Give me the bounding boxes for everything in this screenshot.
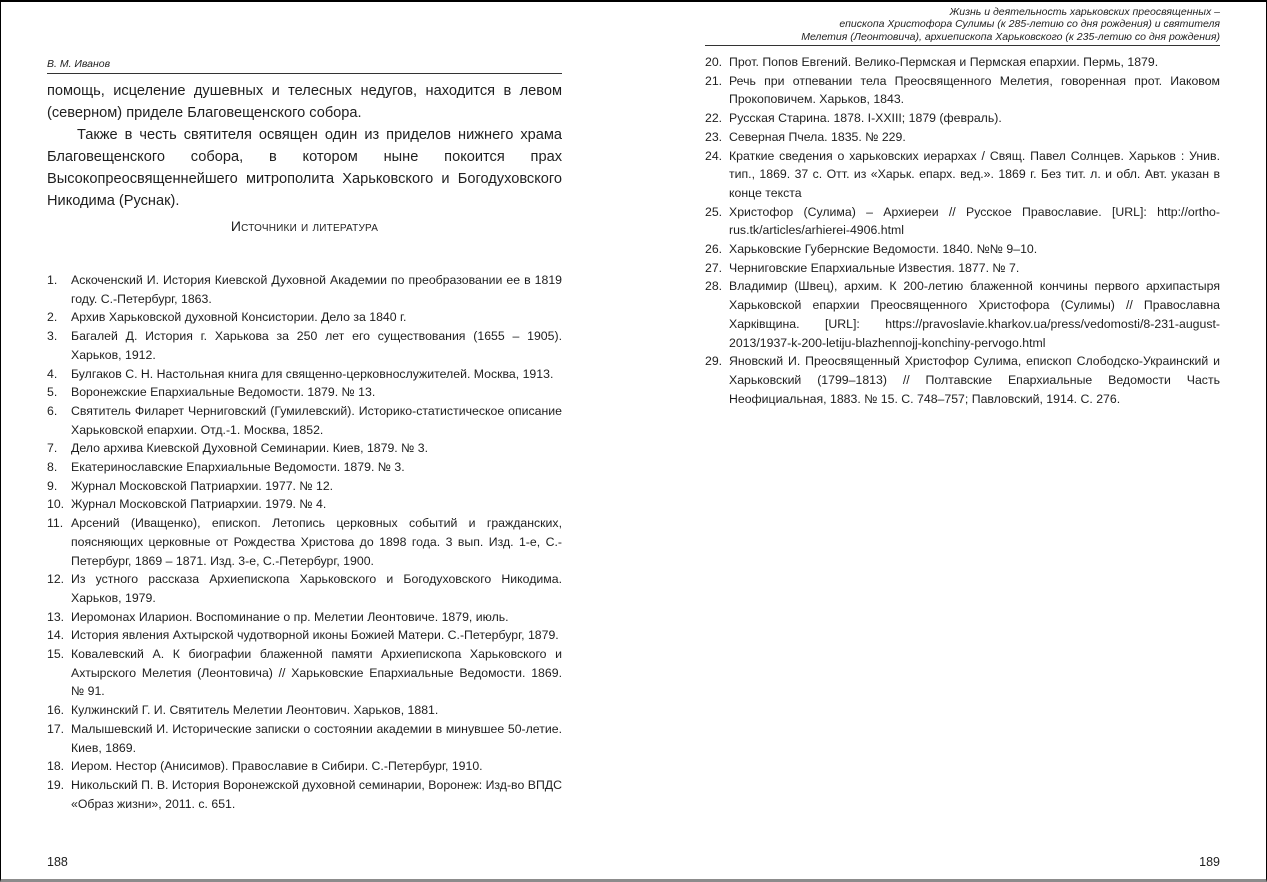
reference-item: 23.Северная Пчела. 1835. № 229.	[705, 128, 1220, 147]
reference-item: 22.Русская Старина. 1878. I-XXIII; 1879 …	[705, 109, 1220, 128]
reference-item: 29.Яновский И. Преосвященный Христофор С…	[705, 352, 1220, 408]
reference-number: 11.	[47, 514, 63, 533]
reference-item: 11.Арсений (Иващенко), епископ. Летопись…	[47, 514, 562, 570]
reference-number: 15.	[47, 645, 64, 664]
reference-item: 21.Речь при отпевании тела Преосвященног…	[705, 72, 1220, 109]
reference-text: Святитель Филарет Черниговский (Гумилевс…	[71, 402, 562, 439]
reference-number: 12.	[47, 570, 64, 589]
reference-number: 13.	[47, 608, 64, 627]
reference-item: 5.Воронежские Епархиальные Ведомости. 18…	[47, 383, 562, 402]
section-heading: Источники и литература	[47, 218, 562, 234]
reference-number: 29.	[705, 352, 722, 371]
reference-number: 5.	[47, 383, 57, 402]
reference-number: 24.	[705, 147, 722, 166]
running-header-line: епископа Христофора Сулимы (к 285-летию …	[705, 18, 1220, 30]
reference-item: 7.Дело архива Киевской Духовной Семинари…	[47, 439, 562, 458]
reference-item: 2.Архив Харьковской духовной Консистории…	[47, 308, 562, 327]
reference-text: Владимир (Швец), архим. К 200-летию блаж…	[729, 277, 1220, 352]
reference-text: Булгаков С. Н. Настольная книга для свящ…	[71, 365, 562, 384]
reference-number: 16.	[47, 701, 64, 720]
page-number: 188	[47, 855, 68, 869]
reference-number: 27.	[705, 259, 722, 278]
reference-number: 25.	[705, 203, 722, 222]
reference-item: 18.Иером. Нестор (Анисимов). Православие…	[47, 757, 562, 776]
reference-text: Журнал Московской Патриархии. 1979. № 4.	[71, 495, 562, 514]
reference-text: Малышевский И. Исторические записки о со…	[71, 720, 562, 757]
reference-item: 19.Никольский П. В. История Воронежской …	[47, 776, 562, 813]
reference-number: 4.	[47, 365, 57, 384]
reference-number: 10.	[47, 495, 64, 514]
reference-number: 20.	[705, 53, 722, 72]
reference-text: Прот. Попов Евгений. Велико-Пермская и П…	[729, 53, 1220, 72]
reference-number: 3.	[47, 327, 57, 346]
reference-item: 4.Булгаков С. Н. Настольная книга для св…	[47, 365, 562, 384]
reference-number: 6.	[47, 402, 57, 421]
reference-item: 9.Журнал Московской Патриархии. 1977. № …	[47, 477, 562, 496]
reference-text: Черниговские Епархиальные Известия. 1877…	[729, 259, 1220, 278]
paragraph: помощь, исцеление душевных и телесных не…	[47, 80, 562, 124]
paragraph: Также в честь святителя освящен один из …	[47, 124, 562, 212]
reference-item: 14.История явления Ахтырской чудотворной…	[47, 626, 562, 645]
reference-list: 1.Аскоченский И. История Киевской Духовн…	[47, 271, 562, 813]
reference-number: 19.	[47, 776, 64, 795]
reference-text: Кулжинский Г. И. Святитель Мелетии Леонт…	[71, 701, 562, 720]
reference-item: 26.Харьковские Губернские Ведомости. 184…	[705, 240, 1220, 259]
reference-text: Арсений (Иващенко), епископ. Летопись це…	[71, 514, 562, 570]
reference-text: Северная Пчела. 1835. № 229.	[729, 128, 1220, 147]
reference-text: Воронежские Епархиальные Ведомости. 1879…	[71, 383, 562, 402]
reference-number: 22.	[705, 109, 722, 128]
reference-text: История явления Ахтырской чудотворной ик…	[71, 626, 562, 645]
reference-number: 14.	[47, 626, 64, 645]
reference-text: Христофор (Сулима) – Архиереи // Русское…	[729, 203, 1220, 240]
reference-number: 17.	[47, 720, 64, 739]
reference-text: Харьковские Губернские Ведомости. 1840. …	[729, 240, 1220, 259]
reference-text: Из устного рассказа Архиепископа Харьков…	[71, 570, 562, 607]
running-header-line: Мелетия (Леонтовича), архиепископа Харьк…	[705, 31, 1220, 43]
reference-text: Журнал Московской Патриархии. 1977. № 12…	[71, 477, 562, 496]
reference-item: 6.Святитель Филарет Черниговский (Гумиле…	[47, 402, 562, 439]
reference-item: 12.Из устного рассказа Архиепископа Харь…	[47, 570, 562, 607]
reference-text: Никольский П. В. История Воронежской дух…	[71, 776, 562, 813]
reference-item: 28.Владимир (Швец), архим. К 200-летию б…	[705, 277, 1220, 352]
reference-text: Иером. Нестор (Анисимов). Православие в …	[71, 757, 562, 776]
reference-number: 9.	[47, 477, 57, 496]
reference-item: 15.Ковалевский А. К биографии блаженной …	[47, 645, 562, 701]
reference-item: 13.Иеромонах Иларион. Воспоминание о пр.…	[47, 608, 562, 627]
reference-text: Краткие сведения о харьковских иерархах …	[729, 147, 1220, 203]
reference-text: Иеромонах Иларион. Воспоминание о пр. Ме…	[71, 608, 562, 627]
body-text: помощь, исцеление душевных и телесных не…	[47, 80, 562, 212]
reference-number: 28.	[705, 277, 722, 296]
reference-text: Архив Харьковской духовной Консистории. …	[71, 308, 562, 327]
reference-text: Речь при отпевании тела Преосвященного М…	[729, 72, 1220, 109]
reference-text: Ковалевский А. К биографии блаженной пам…	[71, 645, 562, 701]
reference-text: Яновский И. Преосвященный Христофор Сули…	[729, 352, 1220, 408]
reference-item: 27.Черниговские Епархиальные Известия. 1…	[705, 259, 1220, 278]
running-header-author: В. М. Иванов	[47, 58, 562, 74]
running-header-title: Жизнь и деятельность харьковских преосвя…	[705, 6, 1220, 46]
reference-list: 20.Прот. Попов Евгений. Велико-Пермская …	[705, 53, 1220, 408]
reference-number: 8.	[47, 458, 57, 477]
page-number: 189	[1199, 855, 1220, 869]
left-page: В. М. Иванов помощь, исцеление душевных …	[47, 0, 562, 882]
reference-text: Екатеринославские Епархиальные Ведомости…	[71, 458, 562, 477]
reference-text: Аскоченский И. История Киевской Духовной…	[71, 271, 562, 308]
reference-item: 3.Багалей Д. История г. Харькова за 250 …	[47, 327, 562, 364]
reference-item: 24.Краткие сведения о харьковских иерарх…	[705, 147, 1220, 203]
reference-number: 7.	[47, 439, 57, 458]
reference-number: 1.	[47, 271, 57, 290]
reference-text: Багалей Д. История г. Харькова за 250 ле…	[71, 327, 562, 364]
reference-item: 1.Аскоченский И. История Киевской Духовн…	[47, 271, 562, 308]
reference-item: 25.Христофор (Сулима) – Архиереи // Русс…	[705, 203, 1220, 240]
reference-number: 18.	[47, 757, 64, 776]
reference-item: 20.Прот. Попов Евгений. Велико-Пермская …	[705, 53, 1220, 72]
reference-number: 21.	[705, 72, 722, 91]
reference-item: 17.Малышевский И. Исторические записки о…	[47, 720, 562, 757]
reference-item: 16.Кулжинский Г. И. Святитель Мелетии Ле…	[47, 701, 562, 720]
running-header-line: Жизнь и деятельность харьковских преосвя…	[705, 6, 1220, 18]
reference-text: Дело архива Киевской Духовной Семинарии.…	[71, 439, 562, 458]
reference-number: 26.	[705, 240, 722, 259]
right-page: Жизнь и деятельность харьковских преосвя…	[705, 0, 1220, 882]
reference-item: 10.Журнал Московской Патриархии. 1979. №…	[47, 495, 562, 514]
reference-number: 23.	[705, 128, 722, 147]
reference-text: Русская Старина. 1878. I-XXIII; 1879 (фе…	[729, 109, 1220, 128]
reference-number: 2.	[47, 308, 57, 327]
reference-item: 8.Екатеринославские Епархиальные Ведомос…	[47, 458, 562, 477]
